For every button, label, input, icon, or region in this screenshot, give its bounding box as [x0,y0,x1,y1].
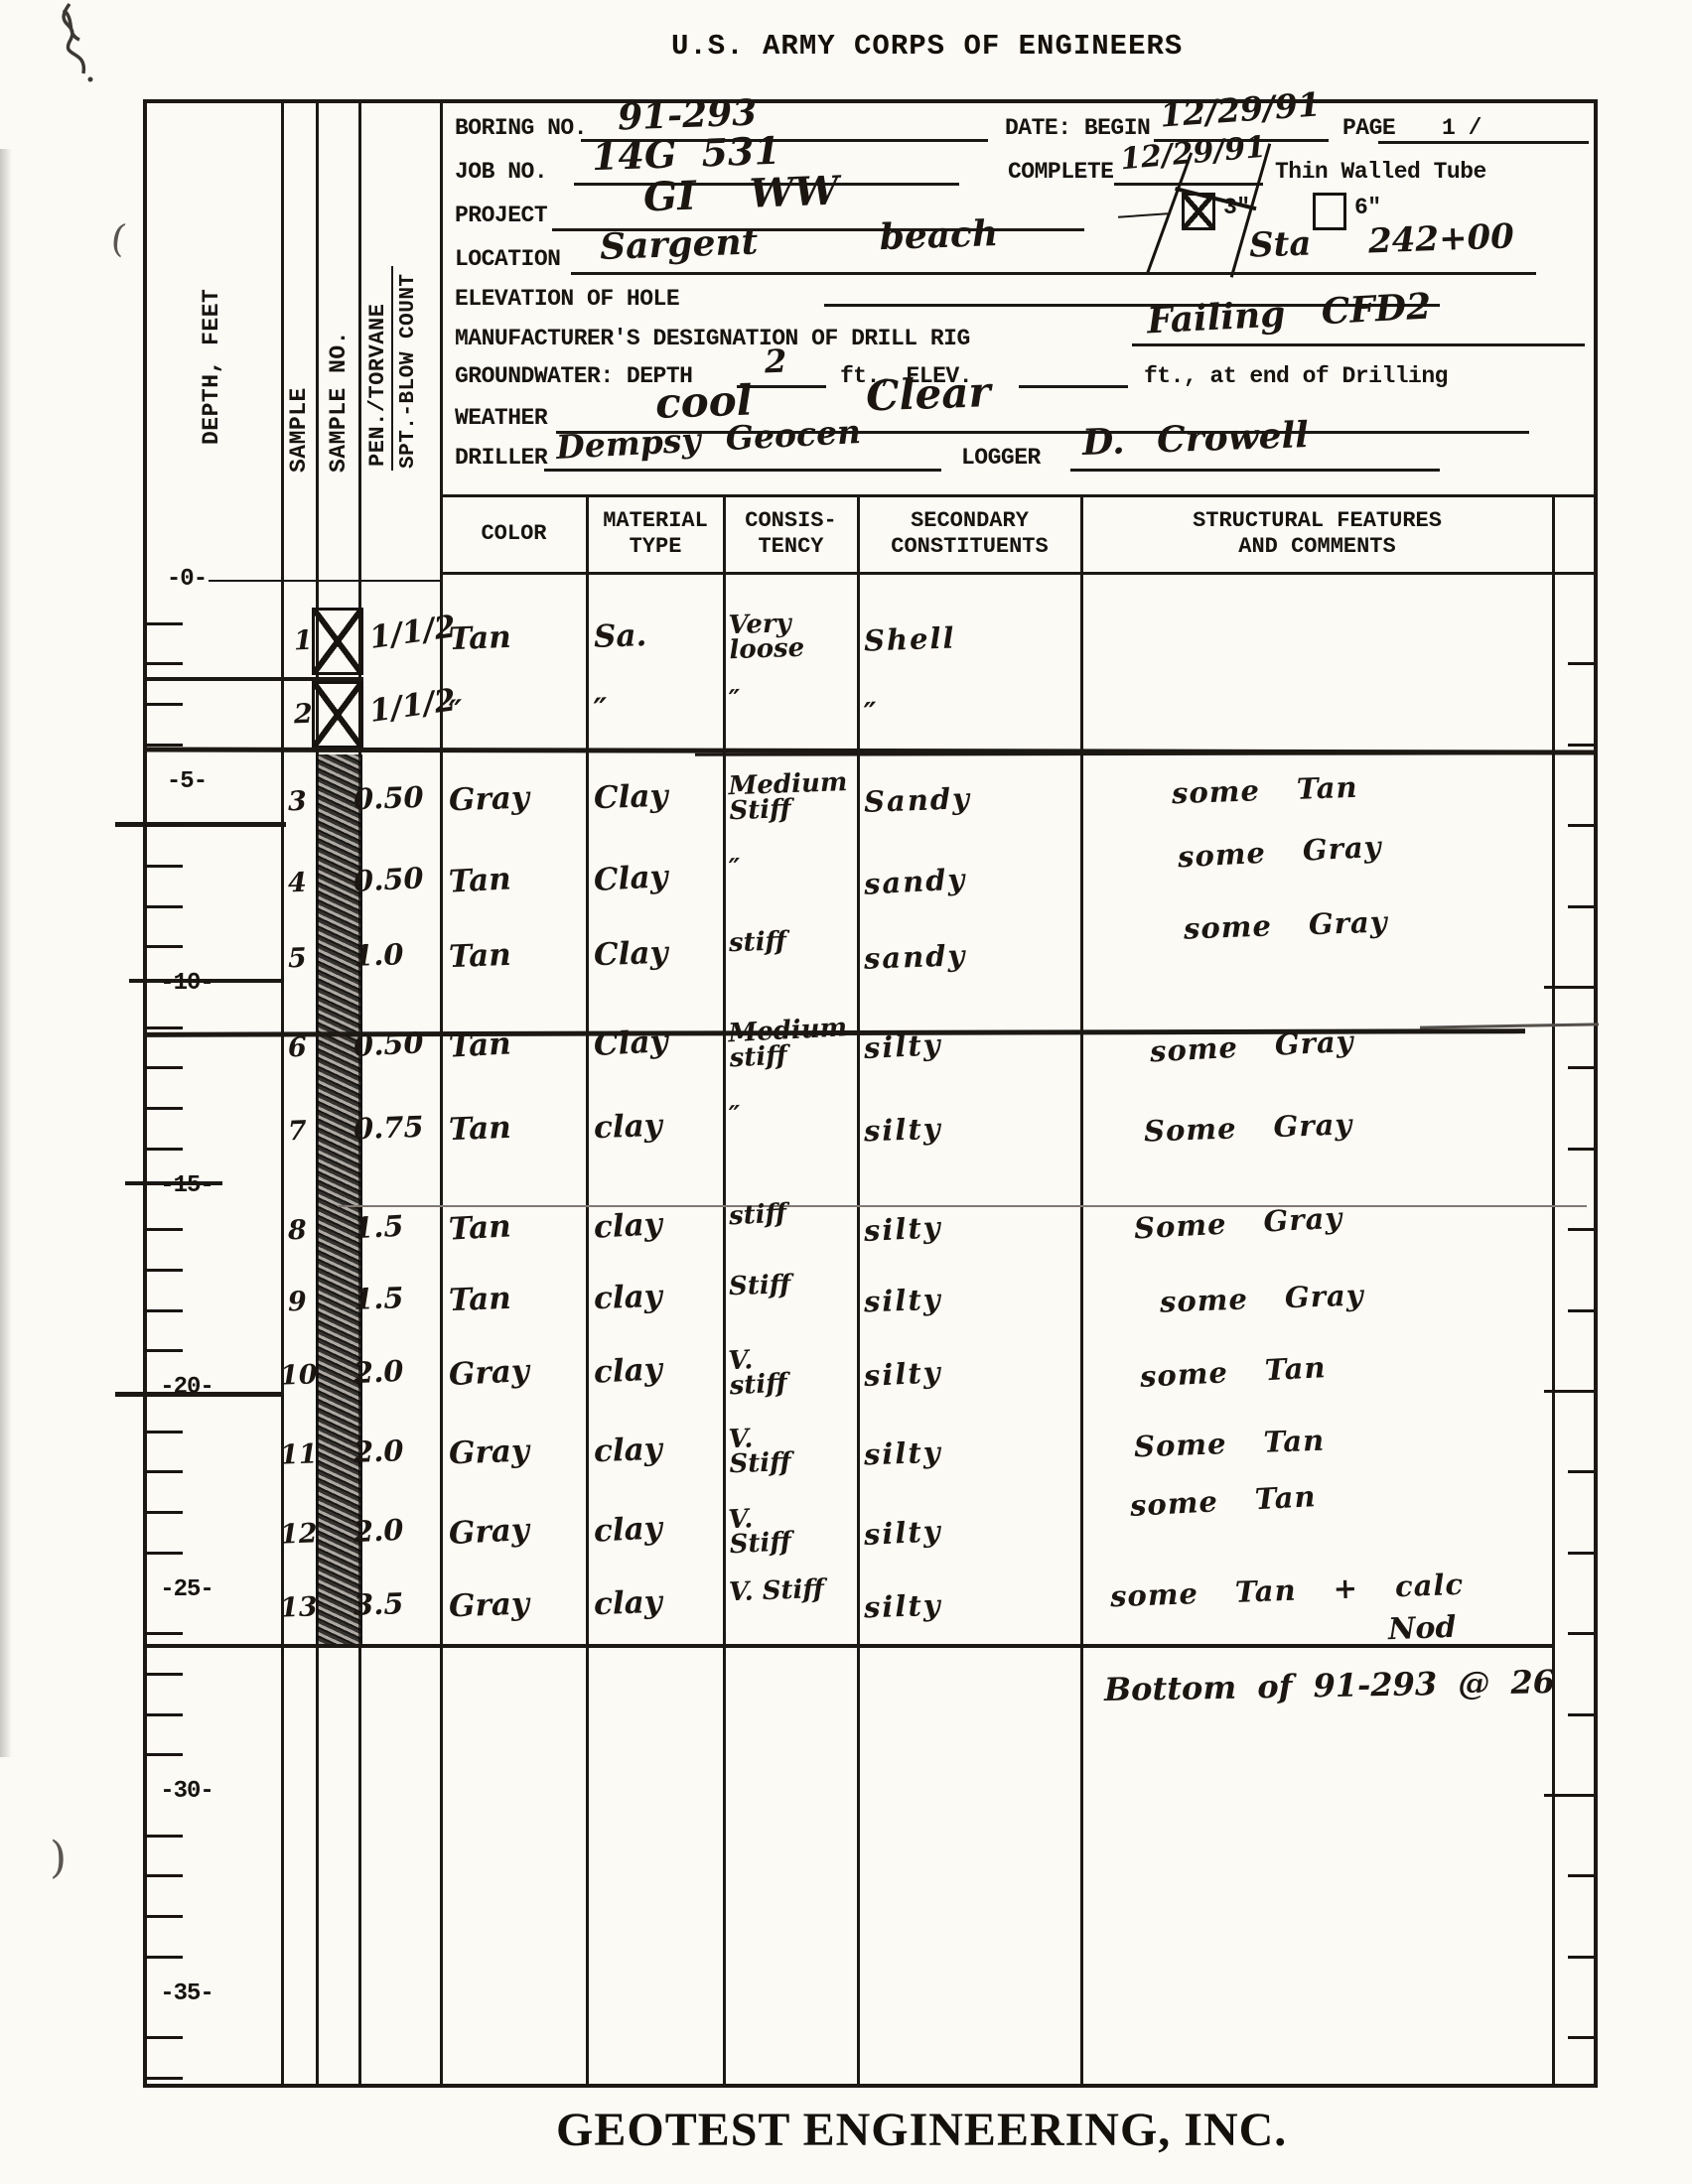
ruler-tick [1568,824,1594,827]
weather-label: WEATHER [455,405,547,431]
bottom-of-log-line [145,1644,1554,1648]
depth-tick [145,1148,183,1151]
tube-6in-label: 6" [1354,195,1381,220]
depth-tick [145,1956,183,1959]
log-consistency: Medium stiff [728,1016,859,1071]
depth-tick [145,1552,183,1555]
ruler-tick [1568,1632,1594,1635]
sample-symbol-2 [312,681,363,749]
depth-tick [145,1269,183,1272]
depth-label-30: -30- [145,1778,228,1805]
driller-value: Dempsy Geocen [555,415,861,464]
driller-underline [544,469,941,472]
depth-label-25: -25- [145,1576,228,1603]
col-label-depth: DEPTH, FEET [199,289,224,445]
depth-tick [145,1026,183,1029]
faint-line-15ft [338,1205,1587,1207]
log-consistency: stiff [729,927,859,956]
log-secondary: silty [863,1358,942,1391]
depth-tick [145,1874,183,1877]
log-sample-no: 5 [288,945,308,973]
depth-tick [145,1470,183,1473]
location-value: Sargent beach [599,215,998,265]
log-consistency: V. Stiff [729,1576,859,1605]
col-rule-pen [440,99,443,2086]
log-secondary: ″ [863,699,879,729]
log-pen-value: 0.50 [352,864,424,896]
log-sample-no: 8 [288,1217,308,1245]
log-material: clay [593,1111,662,1144]
depth-tick [145,2036,183,2039]
depth-tick [145,945,183,948]
log-color: Tan [448,1113,511,1146]
location-label: LOCATION [455,246,560,272]
log-sample-no: 2 [294,701,314,729]
log-material: Clay [593,938,668,972]
depth-tick [145,2077,183,2080]
log-comment: some Gray [1149,1027,1354,1067]
ground-zero-line [209,580,442,582]
log-secondary: silty [864,1286,943,1317]
ruler-tick [1568,1309,1594,1312]
col-rule-depth [281,99,284,2086]
boring-no-label: BORING NO. [455,115,587,141]
colheader-bottom-rule [440,572,1598,575]
depth-tick [145,824,183,827]
log-sample-no: 10 [280,1361,318,1389]
col-rule-secondary [1080,496,1083,2086]
date-begin-value: 12/29/91 [1159,87,1322,131]
scan-smudge [0,149,12,1757]
drill-rig-value: Failing CFD2 [1146,289,1432,340]
log-secondary: sandy [864,941,967,974]
page-title: U.S. ARMY CORPS OF ENGINEERS [671,30,1183,63]
log-sample-no: 9 [288,1289,308,1316]
log-sample-no: 1 [294,627,314,655]
log-sample-no: 4 [288,870,308,897]
log-secondary: silty [864,1591,943,1623]
page-underline [1378,141,1589,144]
depth-tick [145,1632,183,1635]
elevation-label: ELEVATION OF HOLE [455,286,679,312]
log-consistency: ″ [729,1100,859,1129]
stratum-line-2ft-b [695,751,1596,756]
logger-underline [1070,469,1440,472]
depth-label-5: -5- [145,768,228,795]
log-sample-no: 13 [280,1593,318,1621]
depth-tick [145,1107,183,1110]
log-material: clay [593,1282,662,1314]
col-label-spt-blow: SPT.-BLOW COUNT [397,273,420,469]
log-consistency: ″ [728,851,858,882]
complete-label: COMPLETE [1008,159,1113,185]
depth-label-0: -0- [145,566,228,593]
log-secondary: Shell [864,623,956,655]
log-material: clay [593,1513,662,1548]
depth-tick [145,744,183,747]
log-pen-value: 0.50 [353,783,425,814]
ruler-tick [1568,1148,1594,1151]
date-begin-label: DATE: BEGIN [1005,115,1150,141]
header-consistency: CONSIS- TENCY [725,496,857,572]
log-pen-value: 1.5 [353,1284,404,1314]
log-comment: Some Gray [1144,1110,1353,1146]
ruler-tick [1568,744,1594,747]
depth-label-35: -35- [145,1980,228,2007]
ruler-tick [1544,1390,1594,1393]
log-sample-no: 11 [280,1440,318,1468]
log-sample-no: 12 [280,1520,318,1548]
location-station-value: Sta 242+00 [1248,219,1514,262]
groundwater-depth-value: 2 [764,345,786,378]
date-complete-underline [1114,183,1263,186]
depth-label-15: -15- [145,1172,228,1199]
project-value: GI WW [642,172,839,218]
ruler-tick [1568,1956,1594,1959]
depth-tick [145,1431,183,1433]
log-pen-value: 1.5 [352,1212,404,1244]
log-color: Gray [448,1515,529,1550]
col-rule-ruler [1552,496,1555,2086]
table-border-right [1594,99,1598,2088]
log-material: clay [593,1434,662,1467]
log-pen-value: 2.0 [352,1357,404,1389]
depth-tick [145,1511,183,1514]
depth-tick [145,865,183,868]
depth-tick [145,1673,183,1676]
log-material: ″ [593,695,608,727]
logger-value: D. Crowell [1081,417,1309,461]
col-label-sample: SAMPLE [286,387,312,473]
log-comment: some Gray [1177,833,1382,873]
log-pen-value: 2.0 [352,1516,404,1548]
depth-tick [145,1228,183,1231]
depth-tick [145,1915,183,1918]
log-sample-no: 6 [288,1034,308,1062]
log-material: Sa. [593,620,646,653]
nodules-note: Nod [1387,1613,1456,1645]
log-secondary: silty [864,1115,943,1147]
depth-tick [145,1349,183,1352]
log-color: Tan [448,864,511,897]
ruler-tick [1544,1794,1594,1797]
margin-mark [115,822,286,827]
log-pen-value: 1/1/2 [367,612,458,654]
log-secondary: silty [863,1213,942,1246]
depth-tick [145,1309,183,1312]
location-underline [571,272,1536,275]
log-material: Clay [593,862,668,896]
log-comment: Some Gray [1133,1204,1342,1244]
log-color: Tan [448,622,511,655]
log-color: Tan [448,1028,511,1062]
log-sample-no: 7 [288,1118,308,1146]
log-material: Clay [593,781,668,815]
sample-symbol-1 [312,608,363,675]
log-pen-value: 2.0 [353,1436,404,1467]
log-secondary: silty [863,1030,942,1063]
log-color: Gray [448,1589,529,1623]
project-label: PROJECT [455,203,547,228]
header-material-type: MATERIAL TYPE [588,496,723,572]
job-no-label: JOB NO. [455,159,547,185]
log-color: Gray [448,1356,529,1391]
log-secondary: sandy [863,865,967,898]
ruler-tick [1544,986,1594,989]
log-pen-value: 3.5 [353,1589,404,1620]
ruler-tick [1568,905,1594,908]
log-color: Gray [448,1436,529,1470]
thin-walled-tube-label: Thin Walled Tube [1275,159,1486,185]
depth-tick [145,622,183,625]
log-material: clay [593,1587,662,1620]
col-rule-material [723,496,726,2086]
log-comment: some Tan [1139,1353,1327,1392]
log-comment: some Gray [1184,907,1388,943]
log-material: clay [593,1354,662,1389]
log-pen-value: 0.75 [353,1113,425,1144]
groundwater-end-label: ft., at end of Drilling [1144,363,1448,389]
scan-paren-mark: ( [108,215,129,261]
log-comment: some Tan + calc [1110,1570,1465,1611]
ruler-tick [1568,1066,1594,1069]
log-consistency: V. Stiff [728,1424,859,1477]
log-comment: some Gray [1160,1281,1364,1316]
depth-tick [145,1066,183,1069]
depth-tick [145,662,183,665]
log-color: Tan [448,1211,511,1245]
ruler-tick [1568,1470,1594,1473]
tube-3in-label: 3" [1223,195,1250,220]
log-comment: Some Tan [1134,1427,1326,1462]
log-comment: some Tan [1172,773,1358,809]
header-color: COLOR [442,496,586,572]
groundwater-elev-underline [1019,385,1128,388]
depth-tick [145,703,183,706]
depth-label-10: -10- [145,970,228,997]
driller-label: DRILLER [455,445,547,471]
log-secondary: silty [863,1517,942,1550]
log-sample-no: 3 [288,788,308,816]
col-label-sample-no: SAMPLE NO. [326,331,352,473]
col-rule-color [586,496,589,2086]
log-consistency: ″ [728,682,858,713]
log-consistency: Very loose [728,610,859,663]
depth-tick [145,905,183,908]
page-label: PAGE [1342,115,1395,141]
log-consistency: V. stiff [728,1343,859,1399]
ruler-tick [1568,1228,1594,1231]
log-pen-value: 1/1/2 [367,685,458,728]
bottom-of-boring-note: Bottom of 91-293 @ 26 [1104,1666,1555,1706]
checkbox-lead-line [1118,212,1168,217]
log-color: Gray [448,783,529,817]
ruler-tick [1568,1874,1594,1877]
col-label-pen-torvane: PEN./TORVANE [365,304,390,467]
log-consistency: stiff [728,1198,858,1229]
ruler-tick [1568,1713,1594,1716]
ruler-tick [1568,1552,1594,1555]
depth-tick [145,1713,183,1716]
log-color: ″ [448,697,463,729]
page-value: 1 / [1442,115,1481,141]
drill-rig-label: MANUFACTURER'S DESIGNATION OF DRILL RIG [455,326,970,351]
header-structural-features: STRUCTURAL FEATURES AND COMMENTS [1082,496,1552,572]
depth-label-20: -20- [145,1374,228,1401]
log-consistency: V. Stiff [728,1502,859,1558]
depth-tick [145,1753,183,1756]
log-material: Clay [593,1026,668,1061]
header-secondary-constituents: SECONDARY CONSTITUENTS [859,496,1080,572]
depth-tick [145,1835,183,1838]
log-consistency: Medium Stiff [728,770,859,824]
log-material: clay [593,1209,662,1244]
log-secondary: Sandy [864,784,972,817]
log-secondary: silty [864,1438,943,1470]
log-color: Tan [448,1284,511,1316]
ruler-tick [1568,662,1594,665]
log-consistency: Stiff [729,1271,859,1299]
log-comment: some Tan [1129,1482,1317,1521]
log-pen-value: 0.50 [352,1028,424,1061]
ruler-tick [1568,2036,1594,2039]
scan-mark [36,0,115,89]
scan-paren-mark: ) [50,1833,67,1883]
row1-bottom-line [145,677,363,681]
pen-spt-divider [391,266,393,471]
scanned-boring-log-page: ( ) U.S. ARMY CORPS OF ENGINEERS DEPTH, … [0,0,1692,2184]
company-name: GEOTEST ENGINEERING, INC. [556,2103,1287,2157]
log-pen-value: 1.0 [353,940,404,971]
logger-label: LOGGER [961,445,1041,471]
drill-rig-underline [1132,343,1585,346]
log-color: Tan [448,940,511,973]
